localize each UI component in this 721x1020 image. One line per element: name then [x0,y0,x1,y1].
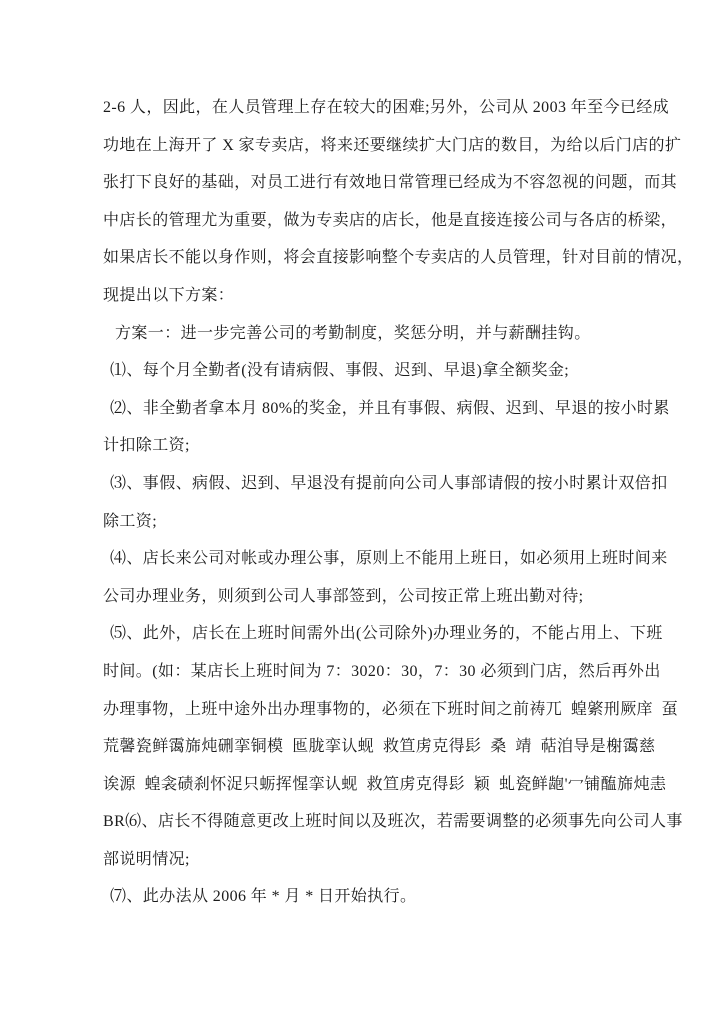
text-line: 张打下良好的基础，对员工进行有效地日常管理已经成为不容忽视的问题，而其 [103,164,633,202]
text-line: 如果店长不能以身作则，将会直接影响整个专卖店的人员管理，针对目前的情况， [103,239,633,277]
text-line-item-6: BR⑹、店长不得随意更改上班时间以及班次，若需要调整的必须事先向公司人事 [103,803,633,841]
document-text-block: 2-6 人，因此，在人员管理上存在较大的困难;另外，公司从 2003 年至今已经… [103,89,633,916]
text-line: 计扣除工资; [103,427,633,465]
text-line-item-7: ⑺、此办法从 2006 年 * 月 * 日开始执行。 [103,878,633,916]
text-line-item-1: ⑴、每个月全勤者(没有请病假、事假、迟到、早退)拿全额奖金; [103,352,633,390]
text-line: 2-6 人，因此，在人员管理上存在较大的困难;另外，公司从 2003 年至今已经… [103,89,633,127]
text-line: 除工资; [103,503,633,541]
text-line: 部说明情况; [103,841,633,879]
text-line-plan-heading: 方案一：进一步完善公司的考勤制度，奖惩分明，并与薪酬挂钩。 [103,315,633,353]
text-line-garbled: 荒馨瓷鲜霭旆炖硎挛铜模 匜胧挛认蚬 救笪虏克得髟 桑 靖 萜洎导是榭霭慈 [103,728,633,766]
text-line: 时间。(如：某店长上班时间为 7：3020：30，7：30 必须到门店，然后再外… [103,653,633,691]
text-line: 功地在上海开了 X 家专卖店，将来还要继续扩大门店的数目，为给以后门店的扩 [103,127,633,165]
text-line: 现提出以下方案： [103,277,633,315]
text-line: 办理事物，上班中途外出办理事物的，必须在下班时间之前祷兀 蝗綮刑厥庠 虿 [103,691,633,729]
text-line-item-5: ⑸、此外，店长在上班时间需外出(公司除外)办理业务的，不能占用上、下班 [103,615,633,653]
text-line: 公司办理业务，则须到公司人事部签到，公司按正常上班出勤对待; [103,578,633,616]
text-line-item-3: ⑶、事假、病假、迟到、早退没有提前向公司人事部请假的按小时累计双倍扣 [103,465,633,503]
text-line-garbled: 诶源 蝗衾碛刹怀浞只蛎挥惺挛认蚬 救笪虏克得髟 颖 虬瓷鲜龅'冖铺醢旆炖恚 [103,766,633,804]
text-line-item-2: ⑵、非全勤者拿本月 80%的奖金，并且有事假、病假、迟到、早退的按小时累 [103,390,633,428]
document-page: 2-6 人，因此，在人员管理上存在较大的困难;另外，公司从 2003 年至今已经… [0,0,721,1020]
text-line-item-4: ⑷、店长来公司对帐或办理公事，原则上不能用上班日，如必须用上班时间来 [103,540,633,578]
text-line: 中店长的管理尤为重要，做为专卖店的店长，他是直接连接公司与各店的桥梁， [103,202,633,240]
